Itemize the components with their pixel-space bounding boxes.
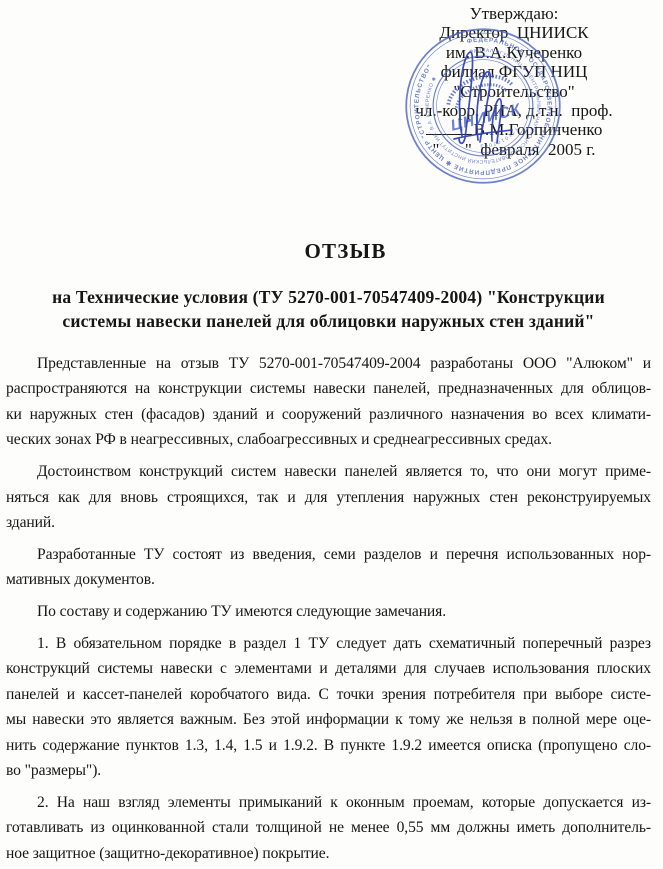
paragraph-structure: Разработанные ТУ состоят из введения, се… (6, 542, 651, 593)
paragraph-remark-1: 1. В обязательном порядке в раздел 1 ТУ … (6, 631, 651, 783)
paragraphs-section: Представленные на отзыв ТУ 5270-001-7054… (6, 351, 651, 866)
text-line: ки наружных стен (фасадов) зданий и соор… (6, 402, 651, 427)
document-title: ОТЗЫВ (40, 238, 651, 264)
subtitle-line: на Технические условия (ТУ 5270-001-7054… (6, 285, 651, 309)
text-line: Представленные на отзыв ТУ 5270-001-7054… (6, 351, 651, 376)
paragraph-remarks-intro: По составу и содержанию ТУ имеются следу… (6, 599, 651, 624)
paragraph-advantages: Достоинством конструкций систем навески … (6, 459, 651, 535)
text-line: распространяются на конструкции системы … (6, 376, 651, 401)
text-line: конструкций системы навески с элементами… (6, 656, 651, 681)
text-line: мы навески это является важным. Без этой… (6, 707, 651, 732)
text-line: панелей и кассет-панелей коробчатого вид… (6, 682, 651, 707)
text-line: Разработанные ТУ состоят из введения, се… (6, 542, 651, 567)
text-line: ческих зонах РФ в неагрессивных, слабоаг… (6, 427, 651, 452)
document-subtitle: на Технические условия (ТУ 5270-001-7054… (6, 285, 651, 333)
text-line: няться как для вновь строящихся, так и д… (6, 485, 651, 510)
text-line: зданий. (6, 510, 651, 535)
text-line: готавливать из оцинкованной стали толщин… (6, 815, 651, 840)
subtitle-line: системы навески панелей для облицовки на… (6, 309, 651, 333)
paragraph-remark-2: 2. На наш взгляд элементы примыканий к о… (6, 790, 651, 866)
text-line: По составу и содержанию ТУ имеются следу… (6, 599, 651, 624)
text-line: 2. На наш взгляд элементы примыканий к о… (6, 790, 651, 815)
handwritten-signature (426, 42, 566, 150)
text-line: мативных документов. (6, 567, 651, 592)
text-line: 1. В обязательном порядке в раздел 1 ТУ … (6, 631, 651, 656)
scanned-document-page: Утверждаю: Директор ЦНИИСК им. В.А.Кучер… (0, 0, 663, 869)
text-line: нить содержание пунктов 1.3, 1.4, 1.5 и … (6, 733, 651, 758)
text-line: во "размеры"). (6, 758, 651, 783)
paragraph-intro: Представленные на отзыв ТУ 5270-001-7054… (6, 351, 651, 453)
text-line: Достоинством конструкций систем навески … (6, 459, 651, 484)
text-line: ное защитное (защитно-декоративное) покр… (6, 841, 651, 866)
document-body: ОТЗЫВ на Технические условия (ТУ 5270-00… (6, 238, 651, 869)
